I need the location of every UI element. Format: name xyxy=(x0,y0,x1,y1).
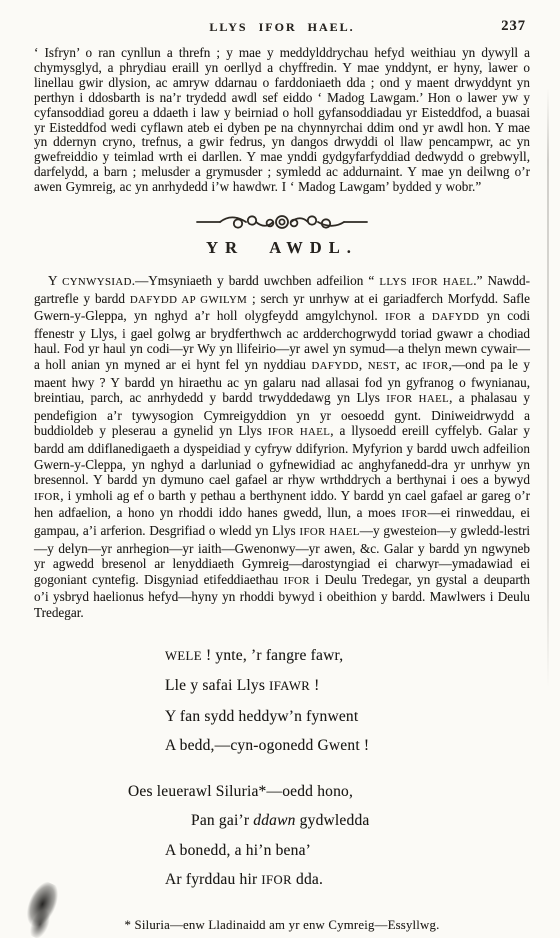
small-caps-text: CYNWYSIAD xyxy=(62,276,132,288)
small-caps-text: IFOR xyxy=(385,311,411,323)
stanza-2: Oes leuerawl Siluria*—oedd hono,Pan gai’… xyxy=(165,777,530,896)
verse-text: Ar fyrddau hir IFOR dda. xyxy=(165,871,323,888)
verse-line: Pan gai’r ddawn gydwledda xyxy=(165,806,530,836)
small-caps-text: IFAWR xyxy=(269,679,310,693)
small-caps-text: DAFYDD AP GWILYM xyxy=(130,294,247,306)
section-heading: YR AWDL. xyxy=(34,238,530,258)
small-caps-text: DAFYDD xyxy=(311,360,358,372)
verse-line: Oes leuerawl Siluria*—oedd hono, xyxy=(165,777,530,807)
verse-text: gydwledda xyxy=(296,812,370,829)
contents-summary-paragraph: Y CYNWYSIAD.—Ymsyniaeth y bardd uwchben … xyxy=(34,273,530,620)
small-caps-text: IFOR HAEL xyxy=(386,393,449,405)
verse-line: Ar fyrddau hir IFOR dda. xyxy=(165,865,530,896)
verse-line: Lle y safai Llys IFAWR ! xyxy=(165,671,530,702)
small-caps-text: IFOR xyxy=(401,508,427,520)
verse-text: WELE ! ynte, ’r fangre fawr, xyxy=(165,647,343,664)
small-caps-text: NEST xyxy=(368,360,397,372)
small-caps-text: IFOR xyxy=(422,360,448,372)
verse-line: A bedd,—cyn-ogonedd Gwent ! xyxy=(165,731,530,761)
verse-text: Y fan sydd heddyw’n fynwent xyxy=(165,708,358,725)
book-page: LLYS IFOR HAEL. 237 ‘ Isfryn’ o ran cynl… xyxy=(0,0,560,938)
verse-line: WELE ! ynte, ’r fangre fawr, xyxy=(165,641,530,672)
page-number: 237 xyxy=(501,18,526,35)
small-caps-text: IFOR HAEL xyxy=(268,426,330,438)
small-caps-text: DAFYDD xyxy=(432,311,479,323)
small-caps-text: LLYS IFOR HAEL xyxy=(379,276,473,288)
page-header: LLYS IFOR HAEL. 237 xyxy=(34,20,530,38)
verse-text: Pan gai’r xyxy=(191,812,253,829)
small-caps-text: YR AWDL xyxy=(206,238,347,257)
scan-edge-shadow xyxy=(547,88,549,688)
verse-italic-word: ddawn xyxy=(253,812,295,829)
verse-line: Y fan sydd heddyw’n fynwent xyxy=(165,702,530,732)
footnote: * Siluria—enw Lladinaidd am yr enw Cymre… xyxy=(34,918,530,933)
adjudication-paragraph: ‘ Isfryn’ o ran cynllun a threfn ; y mae… xyxy=(34,46,530,195)
small-caps-text: IFOR xyxy=(284,575,310,587)
verse-text: Lle y safai Llys IFAWR ! xyxy=(165,677,320,694)
small-caps-text: LLYS IFOR HAEL xyxy=(209,20,349,34)
flourish-divider-icon xyxy=(194,210,370,234)
running-title: LLYS IFOR HAEL. xyxy=(34,20,530,35)
small-caps-text: IFOR xyxy=(34,491,60,503)
small-caps-text: IFOR HAEL xyxy=(300,526,360,538)
verse-text: Oes leuerawl Siluria*—oedd hono, xyxy=(128,783,353,800)
verse-text: A bedd,—cyn-ogonedd Gwent ! xyxy=(165,737,369,754)
small-caps-text: IFOR xyxy=(261,873,292,887)
verse-text: A bonedd, a hi’n bena’ xyxy=(165,842,311,859)
small-caps-text: WELE xyxy=(165,649,202,663)
verse-line: A bonedd, a hi’n bena’ xyxy=(165,836,530,866)
stanza-1: WELE ! ynte, ’r fangre fawr,Lle y safai … xyxy=(165,641,530,761)
